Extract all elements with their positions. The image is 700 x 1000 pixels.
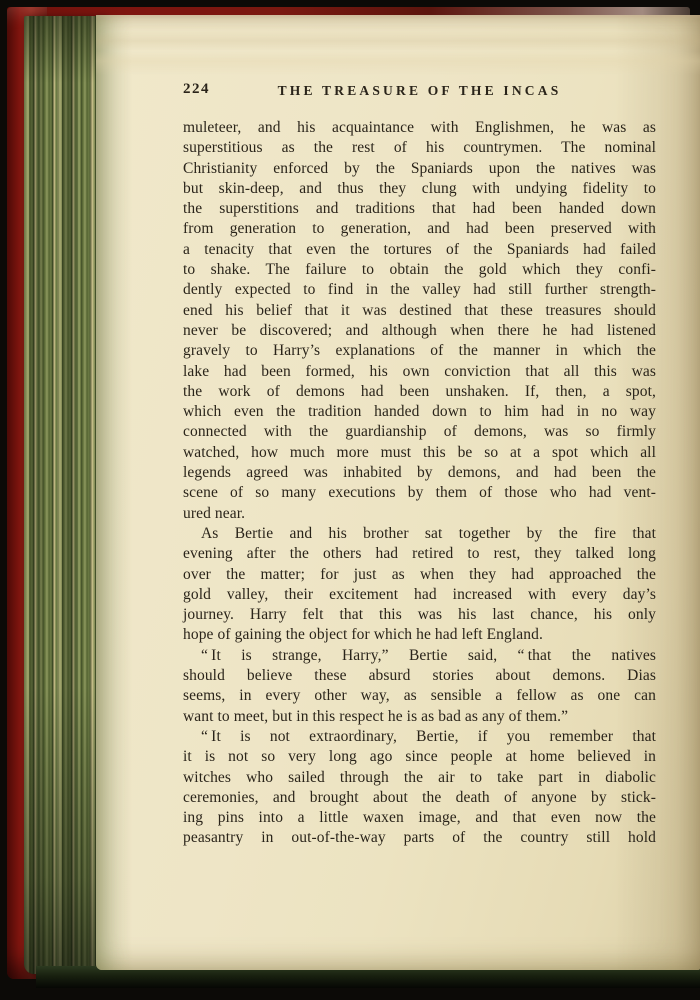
page-header: 224 THE TREASURE OF THE INCAS (183, 78, 656, 98)
text-line: want to meet, but in this respect he is … (183, 707, 656, 727)
text-line: should believe these absurd stories abou… (183, 666, 656, 686)
paragraph: As Bertie and his brother sat together b… (183, 524, 656, 646)
text-line: muleteer, and his acquaintance with Engl… (183, 118, 656, 138)
paragraph: “ It is strange, Harry,” Bertie said, “ … (183, 646, 656, 727)
text-line: peasantry in out-of-the-way parts of the… (183, 828, 656, 848)
text-line: As Bertie and his brother sat together b… (183, 524, 656, 544)
page-content: 224 THE TREASURE OF THE INCAS muleteer, … (183, 78, 656, 849)
book-scan: 224 THE TREASURE OF THE INCAS muleteer, … (0, 0, 700, 1000)
text-line: legends agreed was inhabited by demons, … (183, 463, 656, 483)
page-text: muleteer, and his acquaintance with Engl… (183, 118, 656, 849)
text-line: connected with the guardianship of demon… (183, 422, 656, 442)
text-line: gold valley, their excitement had increa… (183, 585, 656, 605)
text-line: it is not so very long ago since people … (183, 747, 656, 767)
text-line: “ It is strange, Harry,” Bertie said, “ … (183, 646, 656, 666)
text-line: scene of so many executions by them of t… (183, 483, 656, 503)
text-line: over the matter; for just as when they h… (183, 565, 656, 585)
text-line: journey. Harry felt that this was his la… (183, 605, 656, 625)
text-line: lake had been formed, his own conviction… (183, 362, 656, 382)
text-line: ceremonies, and brought about the death … (183, 788, 656, 808)
text-line: a tenacity that even the tortures of the… (183, 240, 656, 260)
text-line: superstitious as the rest of his country… (183, 138, 656, 158)
text-line: but skin-deep, and thus they clung with … (183, 179, 656, 199)
text-line: which even the tradition handed down to … (183, 402, 656, 422)
text-line: Christianity enforced by the Spaniards u… (183, 159, 656, 179)
text-line: to shake. The failure to obtain the gold… (183, 260, 656, 280)
text-line: never be discovered; and although when t… (183, 321, 656, 341)
paragraph: “ It is not extraordinary, Bertie, if yo… (183, 727, 656, 849)
text-line: seems, in every other way, as sensible a… (183, 686, 656, 706)
text-line: ened his belief that it was destined tha… (183, 301, 656, 321)
text-line: gravely to Harry’s explanations of the m… (183, 341, 656, 361)
running-head: THE TREASURE OF THE INCAS (183, 78, 656, 101)
page-number: 224 (183, 79, 210, 99)
text-line: witches who sailed through the air to ta… (183, 768, 656, 788)
text-line: ing pins into a little waxen image, and … (183, 808, 656, 828)
text-line: “ It is not extraordinary, Bertie, if yo… (183, 727, 656, 747)
text-line: the superstitions and traditions that ha… (183, 199, 656, 219)
text-line: evening after the others had retired to … (183, 544, 656, 564)
text-line: dently expected to find in the valley ha… (183, 280, 656, 300)
paragraph: muleteer, and his acquaintance with Engl… (183, 118, 656, 524)
text-line: hope of gaining the object for which he … (183, 625, 656, 645)
text-line: from generation to generation, and had b… (183, 219, 656, 239)
text-line: the work of demons had been unshaken. If… (183, 382, 656, 402)
text-line: watched, how much more must this be so a… (183, 443, 656, 463)
book-page: 224 THE TREASURE OF THE INCAS muleteer, … (96, 15, 700, 970)
text-line: ured near. (183, 504, 656, 524)
book-page-edges (24, 16, 106, 974)
